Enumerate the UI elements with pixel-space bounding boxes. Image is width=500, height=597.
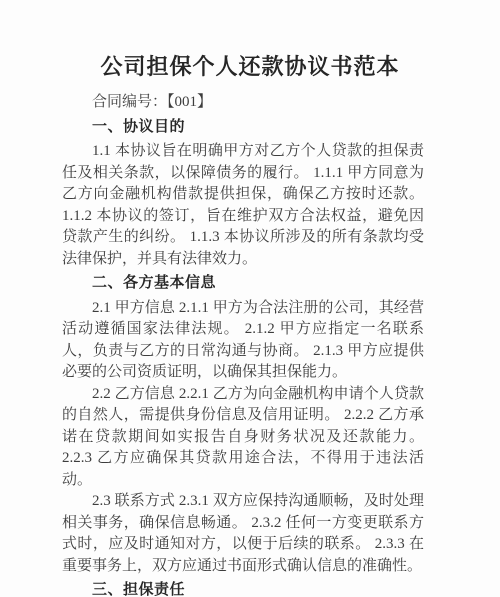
document-title: 公司担保个人还款协议书范本 [76, 54, 424, 80]
contract-number-label: 合同编号： [92, 94, 167, 110]
paragraph-party-a-info: 2.1 甲方信息 2.1.1 甲方为合法注册的公司，其经营活动遵循国家法律法规。… [62, 298, 424, 384]
section-heading-basic-info: 二、各方基本信息 [62, 273, 424, 295]
contract-number-value: 【001】 [167, 94, 212, 110]
paragraph-purpose-1-1: 1.1 本协议旨在明确甲方对乙方个人贷款的担保责任及相关条款，以保障债务的履行。… [62, 141, 424, 270]
document-page: 公司担保个人还款协议书范本 合同编号：【001】 一、协议目的 1.1 本协议旨… [0, 0, 500, 597]
contract-number-line: 合同编号：【001】 [62, 92, 424, 114]
paragraph-contact-info: 2.3 联系方式 2.3.1 双方应保持沟通顺畅，及时处理相关事务，确保信息畅通… [62, 491, 424, 577]
paragraph-party-b-info: 2.2 乙方信息 2.2.1 乙方为向金融机构申请个人贷款的自然人，需提供身份信… [62, 384, 424, 492]
section-heading-purpose: 一、协议目的 [62, 117, 424, 139]
section-heading-guarantee-liability: 三、担保责任 [62, 580, 424, 597]
